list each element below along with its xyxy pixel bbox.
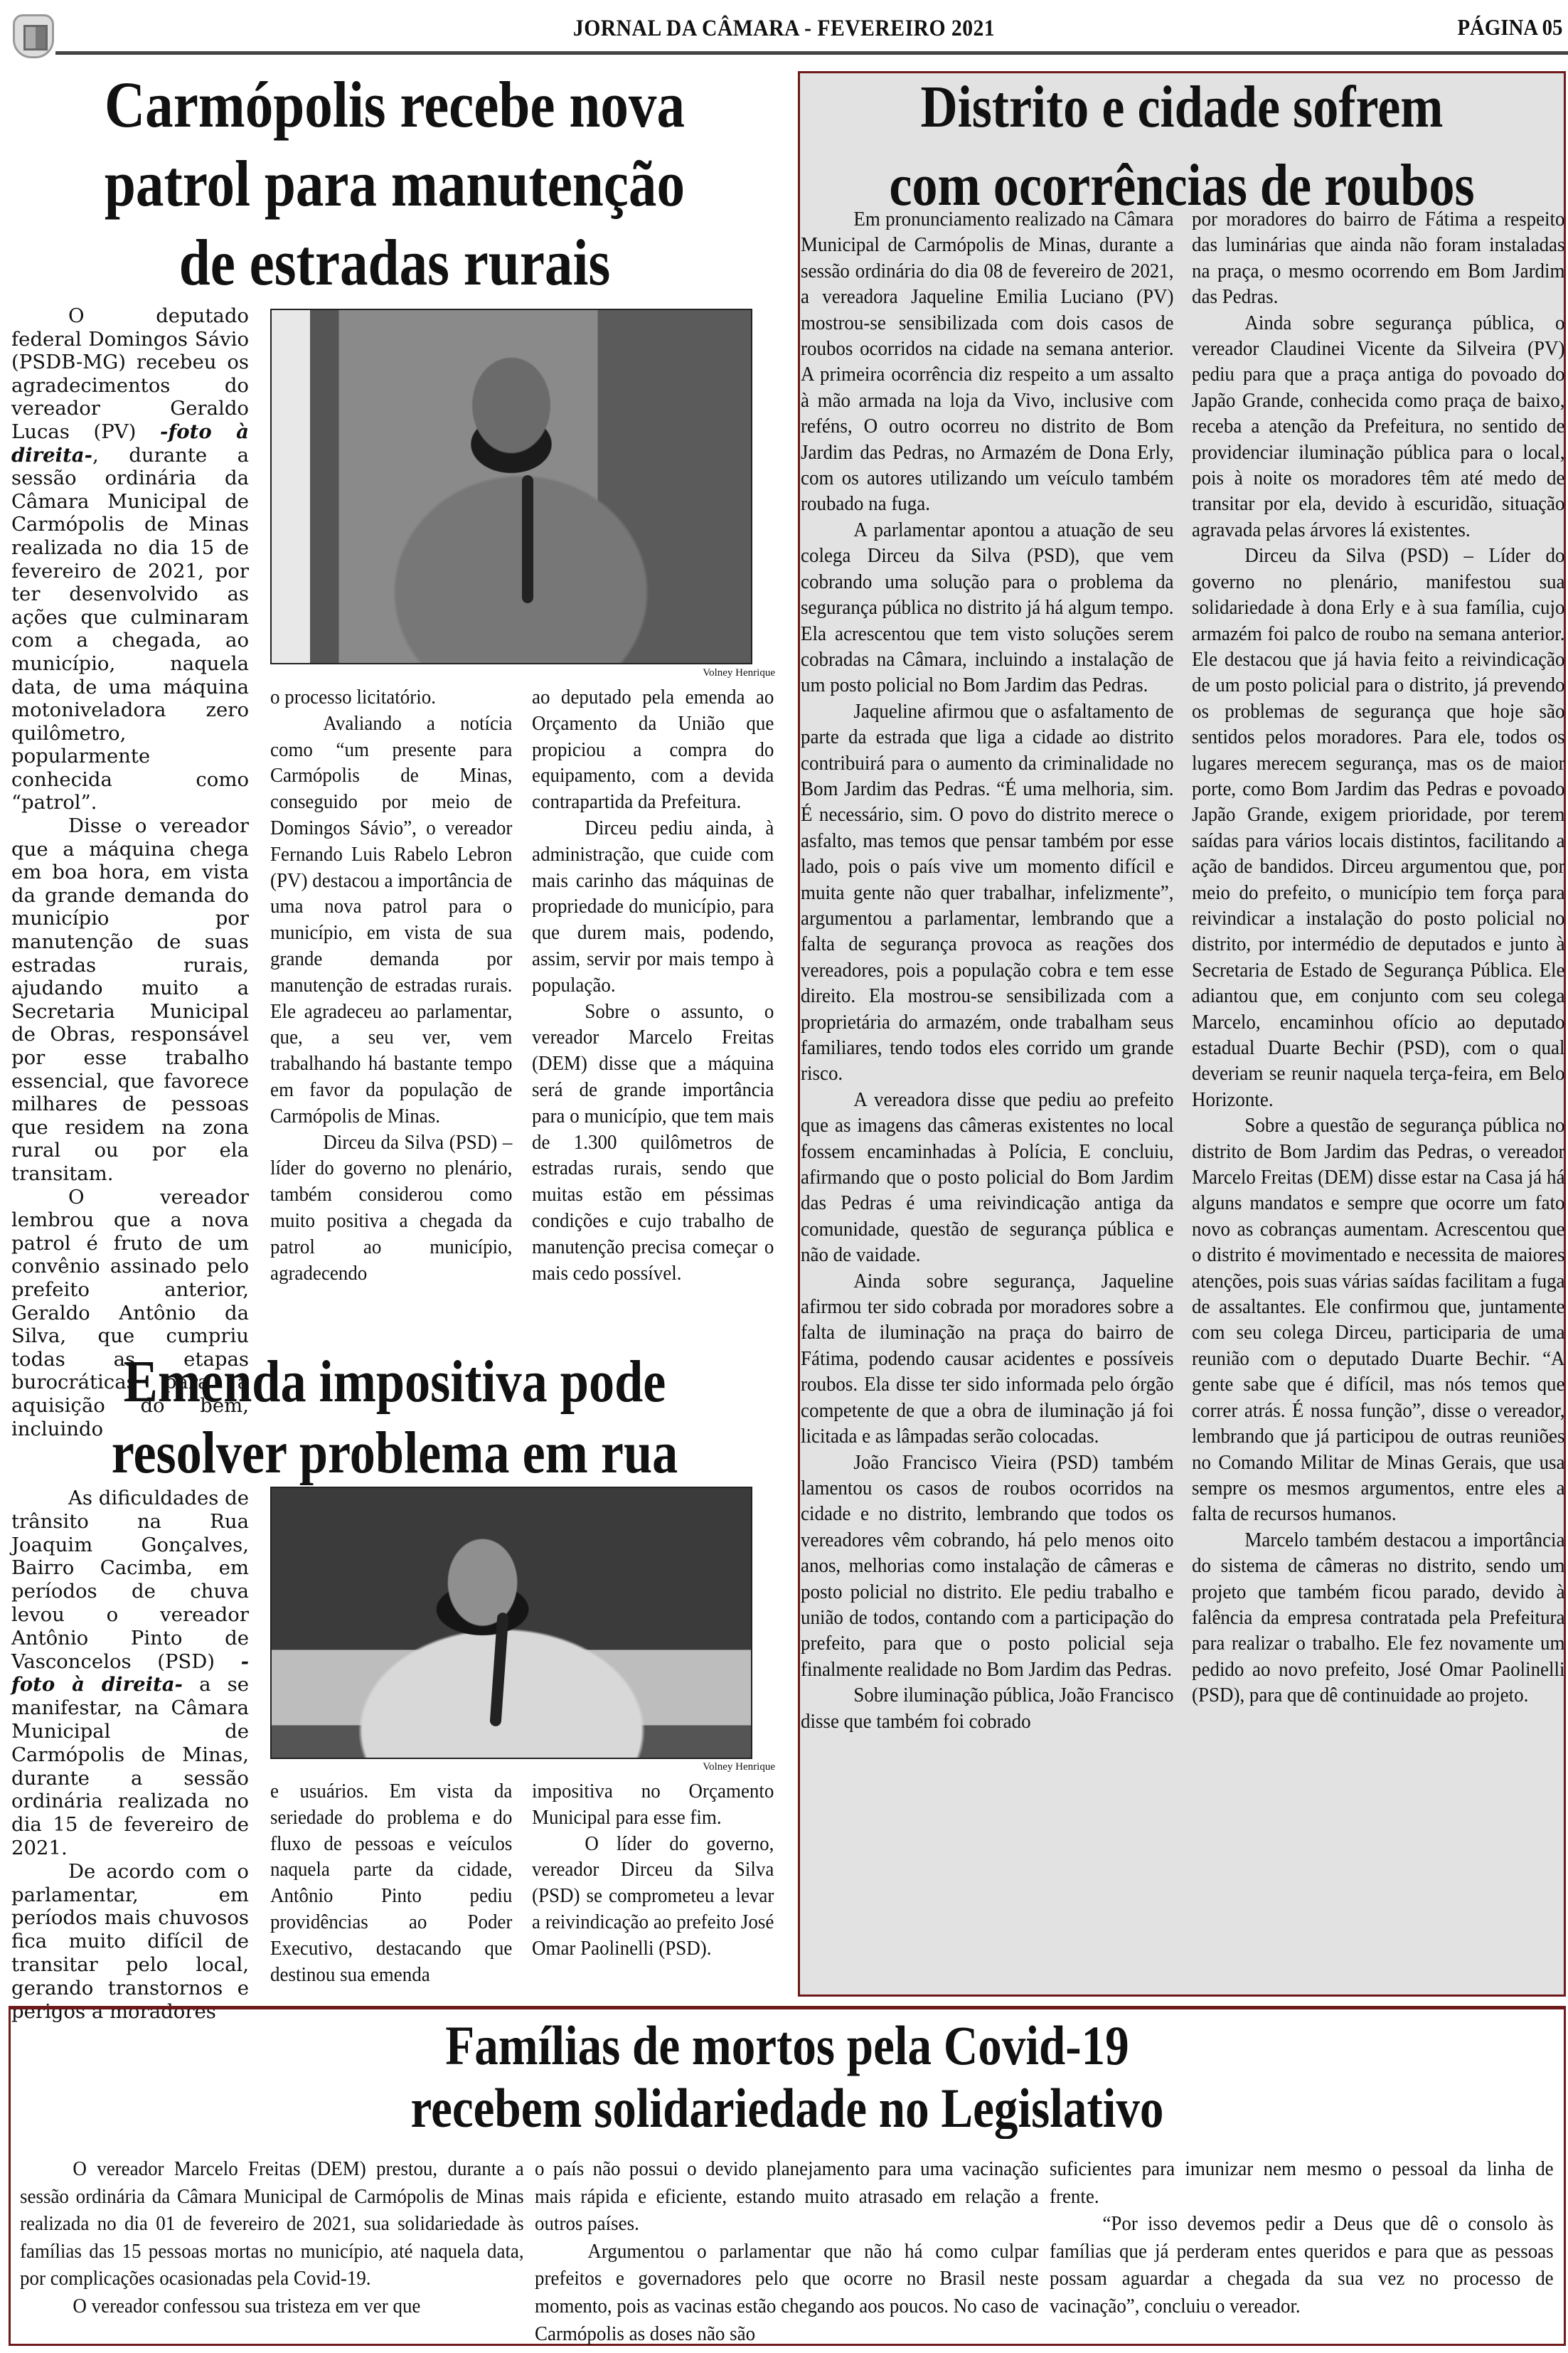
article4-column-2: o país não possui o devido planejamento … bbox=[535, 2155, 1039, 2347]
article3-column-2: por moradores do bairro de Fátima a resp… bbox=[1192, 206, 1565, 1709]
photo-credit: Volney Henrique bbox=[270, 1761, 775, 1773]
article2-column-1: As dificuldades de trânsito na Rua Joaqu… bbox=[11, 1487, 249, 2023]
masthead-rule bbox=[55, 51, 1568, 55]
article4-column-3: suficientes para imunizar nem mesmo o pe… bbox=[1050, 2155, 1554, 2320]
headline-line: Emenda impositiva pode bbox=[55, 1347, 735, 1418]
headline-line: recebem solidariedade no Legislativo bbox=[117, 2077, 1456, 2140]
article1-photo bbox=[270, 309, 752, 664]
headline-line: patrol para manutenção bbox=[55, 144, 735, 223]
municipal-crest-icon bbox=[13, 14, 54, 58]
article3-headline: Distrito e cidade sofrem com ocorrências… bbox=[852, 68, 1513, 225]
article4-column-1: O vereador Marcelo Freitas (DEM) prestou… bbox=[20, 2155, 524, 2320]
article2-column-3: impositiva no Orçamento Municipal para e… bbox=[532, 1778, 774, 1962]
article1-column-2: o processo licitatório. Avaliando a notí… bbox=[270, 684, 512, 1286]
page-number: PÁGINA 05 bbox=[1457, 14, 1562, 41]
photo-credit: Volney Henrique bbox=[270, 667, 775, 679]
article3-column-1: Em pronunciamento realizado na Câmara Mu… bbox=[801, 206, 1174, 1734]
article2-column-2: e usuários. Em vista da seriedade do pro… bbox=[270, 1778, 512, 1987]
headline-line: Famílias de mortos pela Covid-19 bbox=[117, 2014, 1456, 2077]
headline-line: Carmópolis recebe nova bbox=[55, 65, 735, 144]
headline-line: Distrito e cidade sofrem bbox=[852, 68, 1513, 147]
newspaper-title: JORNAL DA CÂMARA - FEVEREIRO 2021 bbox=[78, 16, 1490, 42]
headline-line: de estradas rurais bbox=[55, 223, 735, 302]
article2-headline: Emenda impositiva pode resolver problema… bbox=[55, 1347, 735, 1489]
article2-photo bbox=[270, 1487, 752, 1759]
article1-headline: Carmópolis recebe nova patrol para manut… bbox=[55, 65, 735, 302]
masthead: JORNAL DA CÂMARA - FEVEREIRO 2021 PÁGINA… bbox=[0, 0, 1568, 57]
article4-headline: Famílias de mortos pela Covid-19 recebem… bbox=[117, 2014, 1456, 2140]
headline-line: resolver problema em rua bbox=[55, 1418, 735, 1489]
article1-column-3: ao deputado pela emenda ao Orçamento da … bbox=[532, 684, 774, 1286]
article1-column-1: O deputado federal Domingos Sávio (PSDB-… bbox=[11, 304, 249, 1440]
microphone-icon bbox=[489, 1613, 508, 1727]
microphone-icon bbox=[522, 475, 533, 603]
